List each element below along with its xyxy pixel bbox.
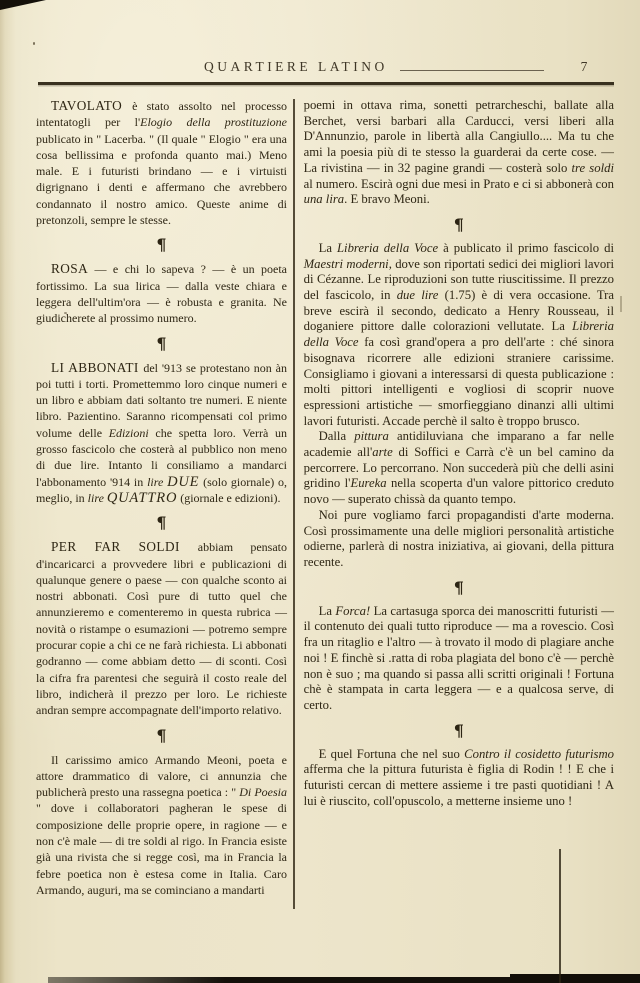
paragraph: LI ABBONATI del '913 se protestano non à… [36, 360, 287, 507]
column-right: poemi in ottava rima, sonetti petrarches… [304, 98, 614, 909]
paragraph-separator-pilcrow: ¶ [36, 728, 287, 744]
paragraph-lead-caps: ROSA [51, 261, 95, 276]
italic-phrase: Elogio della prostituzione [140, 115, 287, 129]
paragraph-separator-pilcrow: ¶ [304, 723, 614, 739]
paragraph-separator-pilcrow: ¶ [36, 237, 287, 253]
italic-phrase: Maestri moderni [304, 257, 389, 271]
italic-phrase: pittura [354, 429, 389, 443]
journal-title: QUARTIERE LATINO [204, 59, 388, 75]
text-columns: TAVOLATO è stato assolto nel processo in… [36, 98, 614, 909]
italic-phrase: lire [147, 475, 167, 489]
page-edge-crease-line [559, 849, 561, 983]
ink-speck [64, 312, 67, 314]
italic-phrase: una lira [304, 192, 345, 206]
paragraph: Dalla pittura antidiluviana che imparano… [304, 429, 614, 508]
paragraph: ROSA — e chi lo sapeva ? — è un poeta fo… [36, 261, 287, 326]
paragraph: La Libreria della Voce à publicato il pr… [304, 241, 614, 429]
paragraph: PER FAR SOLDI abbiam pensato d'incaricar… [36, 539, 287, 718]
paragraph: TAVOLATO è stato assolto nel processo in… [36, 98, 287, 228]
paragraph: Il carissimo amico Armando Meoni, poeta … [36, 752, 287, 899]
italic-phrase: Edizioni [109, 426, 149, 440]
italic-phrase: tre soldi [572, 161, 614, 175]
italic-phrase: DUE [167, 474, 199, 490]
paragraph-lead-caps: LI ABBONATI [51, 360, 143, 375]
scan-bottom-edge-right-artifact [510, 974, 640, 983]
italic-phrase: QUATTRO [107, 490, 177, 506]
header-thin-rule [400, 70, 544, 72]
paragraph: La Forca! La cartasuga sporca dei manosc… [304, 604, 614, 714]
ink-speck [33, 42, 35, 45]
italic-phrase: Contro il cosidetto futurismo [464, 747, 614, 761]
page: QUARTIERE LATINO 7 TAVOLATO è stato asso… [0, 0, 640, 909]
paragraph: E quel Fortuna che nel suo Contro il cos… [304, 747, 614, 810]
paragraph-lead-caps: PER FAR SOLDI [51, 539, 198, 554]
italic-phrase: due lire [397, 288, 439, 302]
italic-phrase: Eureka [350, 476, 386, 490]
paragraph-lead-caps: TAVOLATO [51, 98, 132, 113]
paragraph: Noi pure vogliamo farci propagandisti d'… [304, 508, 614, 571]
page-number: 7 [556, 59, 612, 75]
paragraph-separator-pilcrow: ¶ [304, 580, 614, 596]
italic-phrase: Di Poesia [239, 785, 287, 799]
italic-phrase: Libreria della Voce [304, 319, 614, 349]
column-left: TAVOLATO è stato assolto nel processo in… [36, 98, 287, 909]
italic-phrase: Libreria della Voce [337, 241, 438, 255]
italic-phrase: lire [88, 491, 107, 505]
column-divider-rule [293, 99, 295, 909]
paragraph-separator-pilcrow: ¶ [36, 515, 287, 531]
paragraph: poemi in ottava rima, sonetti petrarches… [304, 98, 614, 208]
ink-speck [620, 296, 622, 312]
header-heavy-rule [38, 82, 614, 85]
paragraph-separator-pilcrow: ¶ [36, 336, 287, 352]
paragraph-separator-pilcrow: ¶ [304, 217, 614, 233]
running-header: QUARTIERE LATINO 7 [36, 0, 612, 75]
italic-phrase: arte [372, 445, 392, 459]
italic-phrase: Forca! [335, 604, 370, 618]
